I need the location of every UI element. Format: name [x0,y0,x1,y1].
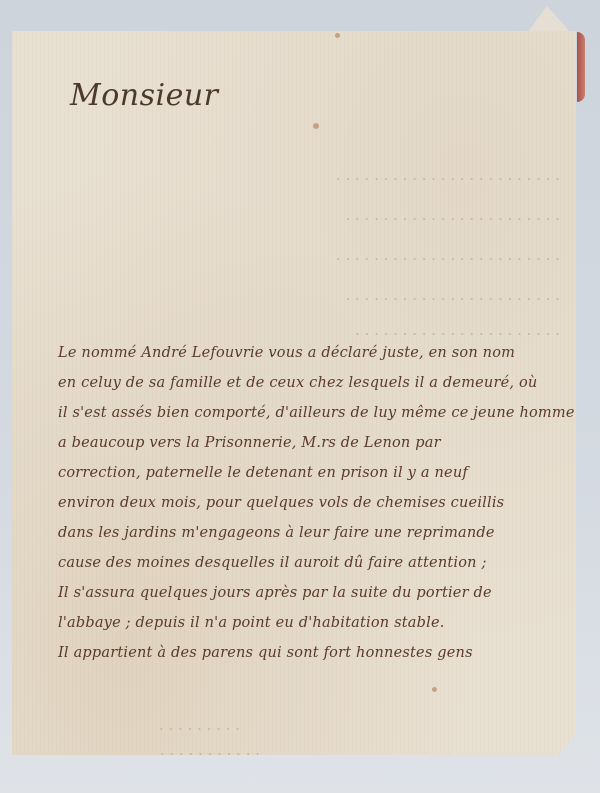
bleed-through-line: · · · · · · · · · · · · · · · · · · · · … [40,170,560,188]
letter-line: Il s'assura quelques jours après par la … [58,585,578,601]
letter-line: environ deux mois, pour quelques vols de… [58,495,578,511]
letter-line: a beaucoup vers la Prisonnerie, M.rs de … [58,435,578,451]
letter-line: il s'est assés bien comporté, d'ailleurs… [58,405,578,421]
letter-line: Il appartient à des parens qui sont fort… [58,645,578,661]
bleed-through-line: · · · · · · · · · [40,720,240,738]
bleed-through-line: · · · · · · · · · · · [40,745,260,763]
bleed-through-line: · · · · · · · · · · · · · · · · · · · · … [40,250,560,268]
letter-line: correction, paternelle le detenant en pr… [58,465,578,481]
letter-line: Le nommé André Lefouvrie vous a déclaré … [58,345,578,361]
salutation: Monsieur [70,78,219,113]
foxing-spot [335,33,340,38]
letter-line: en celuy de sa famille et de ceux chez l… [58,375,578,391]
wax-seal-remnant [577,32,585,102]
letter-line: l'abbaye ; depuis il n'a point eu d'habi… [58,615,578,631]
bleed-through-line: · · · · · · · · · · · · · · · · · · · · … [40,210,560,228]
foxing-spot [313,123,319,129]
bleed-through-line: · · · · · · · · · · · · · · · · · · · · … [40,325,560,343]
letter-line: cause des moines desquelles il auroit dû… [58,555,578,571]
bleed-through-line: · · · · · · · · · · · · · · · · · · · · … [40,290,560,308]
letter-line: dans les jardins m'engageons à leur fair… [58,525,578,541]
foxing-spot [432,687,437,692]
